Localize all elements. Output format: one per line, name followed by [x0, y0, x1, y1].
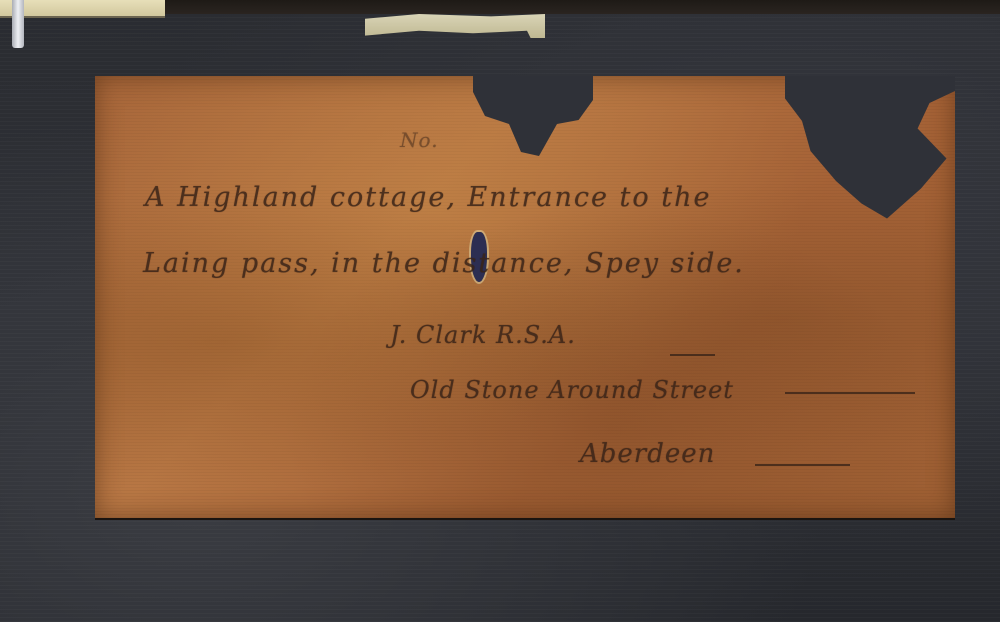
label-number-mark: No. — [400, 128, 439, 152]
metal-pin — [12, 0, 24, 48]
paper-scrap — [0, 0, 165, 18]
label-line-title: A Highland cottage, Entrance to the — [145, 182, 711, 213]
label-tear-top — [473, 76, 593, 156]
label-tear-right — [785, 76, 955, 226]
handwritten-label: No. A Highland cottage, Entrance to the … — [95, 76, 955, 518]
label-line-artist: J. Clark R.S.A. — [390, 321, 576, 349]
address-underline — [785, 392, 915, 394]
label-line-address: Old Stone Around Street — [410, 376, 734, 404]
city-underline — [755, 464, 850, 466]
label-line-description: Laing pass, in the distance, Spey side. — [143, 248, 745, 279]
label-line-city: Aberdeen — [580, 439, 715, 469]
artist-underline — [670, 354, 715, 356]
